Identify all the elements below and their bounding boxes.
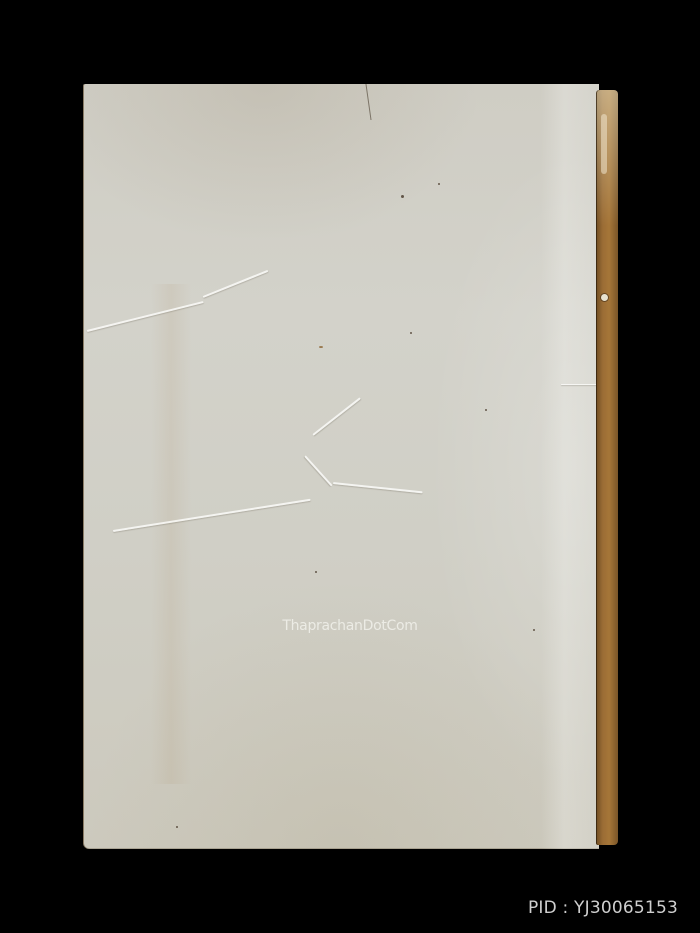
water-stain — [151, 284, 191, 784]
photo-stage: ThaprachanDotCom PID : YJ30065153 — [0, 0, 700, 933]
crease-upper-mid — [203, 270, 269, 298]
speck — [176, 826, 178, 828]
crease-lower-long — [113, 499, 311, 532]
speck — [319, 346, 323, 348]
speck — [315, 571, 317, 573]
paper-cover — [83, 84, 599, 849]
crease-lower-right — [333, 482, 423, 493]
speck — [438, 183, 440, 185]
watermark-text: ThaprachanDotCom — [0, 618, 700, 634]
speck — [485, 409, 487, 411]
speck — [401, 195, 404, 198]
spine-wear-highlight — [601, 114, 607, 174]
paper-edge-highlight — [541, 84, 599, 849]
top-edge-tear — [365, 84, 375, 120]
book-back-cover — [83, 84, 619, 849]
speck — [410, 332, 412, 334]
binding-hole — [601, 294, 608, 301]
crease-center-diagonal — [312, 397, 361, 436]
crease-center-branch — [304, 455, 332, 486]
book-spine — [596, 90, 618, 845]
product-id-label: PID : YJ30065153 — [528, 898, 678, 918]
crease-right-edge — [561, 384, 597, 385]
